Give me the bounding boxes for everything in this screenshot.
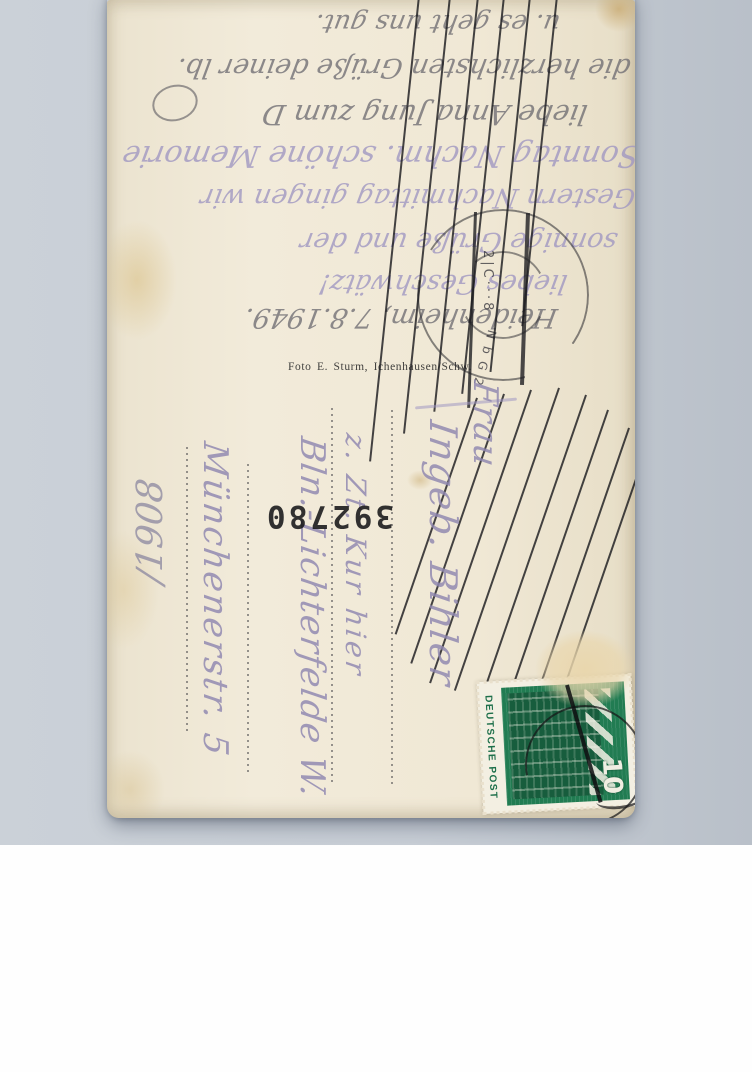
stamp-country-inscription: DEUTSCHE POST — [482, 681, 500, 813]
address-ruling-line-2 — [247, 464, 249, 776]
address-line-frau: Frau — [465, 378, 505, 470]
address-line-kur: z. Zt. Kur hier — [339, 431, 372, 679]
address-line-name: Ingeb. Bihler — [421, 418, 465, 689]
address-ruling-line-4 — [391, 410, 393, 786]
address-line-street: Münchenerstr. 5 — [195, 439, 235, 759]
message-line-3: liebe Anna Jung zum D — [144, 98, 590, 131]
address-ruling-line-1 — [186, 447, 188, 734]
glue-residue-blotch — [535, 630, 635, 708]
address-line-city: Bln.-Lichterfelde W. — [292, 434, 332, 800]
scanned-postcard-scene: u. es geht uns gut. die herzlichsten Grü… — [0, 0, 752, 1072]
control-number-stamp: 392780 — [252, 496, 394, 534]
message-line-1: u. es geht uns gut. — [177, 8, 562, 38]
message-line-4: Sonntag Nachm. schöne Memorie — [107, 138, 635, 173]
postmark-text-fragment-1: 2|C···8 — [480, 250, 495, 313]
white-margin — [0, 845, 752, 1072]
dealer-note: /1908 — [130, 476, 171, 586]
message-line-2: die herzlichsten Grüße deiner lb. — [112, 52, 632, 83]
message-line-5: Gestern Nachmittag gingen wir — [232, 182, 635, 213]
postcard: u. es geht uns gut. die herzlichsten Grü… — [107, 0, 635, 818]
